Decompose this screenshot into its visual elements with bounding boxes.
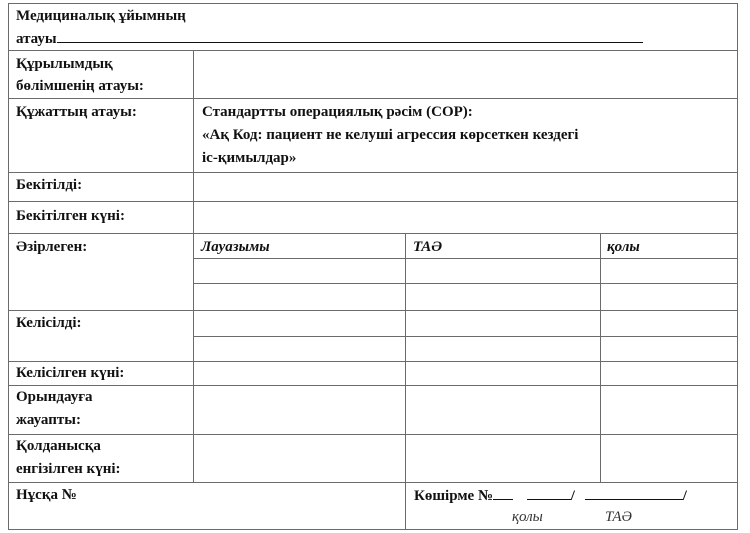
approved-date-field[interactable] (195, 203, 736, 232)
doc-name-line1: Стандартты операциялық рәсім (СОР): (202, 101, 473, 123)
org-name-label-2: атауы (16, 27, 643, 50)
subdivision-field[interactable] (195, 52, 736, 97)
row-divider (193, 258, 738, 259)
approved-field[interactable] (195, 174, 736, 200)
row-divider (8, 385, 738, 386)
effective-date-label-2: енгізілген күні: (16, 458, 121, 480)
copy-signature-caption: қолы (512, 506, 543, 528)
col-divider (405, 233, 406, 530)
row-divider (8, 233, 738, 234)
col-divider (600, 233, 601, 482)
responsible-label: Орындауға (16, 386, 93, 408)
col-signature-header: қолы (607, 236, 640, 258)
prepared-label: Әзірлеген: (16, 236, 87, 258)
col-position-header: Лауазымы (201, 236, 270, 258)
agreed-label: Келісілді: (16, 312, 82, 334)
org-name-field[interactable] (57, 27, 643, 43)
row-divider (8, 434, 738, 435)
agreed-date-label: Келісілген күні: (16, 362, 124, 384)
row-divider (8, 310, 738, 311)
approved-date-label: Бекітілген күні: (16, 205, 125, 227)
col-divider (193, 50, 194, 482)
copy-signature-field[interactable] (527, 484, 571, 500)
copy-number-line: Көшірме № / / (414, 484, 687, 507)
row-divider (8, 201, 738, 202)
subdivision-label-2: бөлімшенің атауы: (16, 75, 144, 97)
subdivision-label: Құрылымдық (16, 53, 113, 75)
row-divider (193, 336, 738, 337)
copy-name-field[interactable] (585, 484, 683, 500)
version-label: Нұсқа № (16, 484, 77, 506)
col-name-header: ТАӘ (413, 236, 442, 258)
doc-name-line2: «Ақ Код: пациент не келуші агрессия көрс… (202, 124, 578, 146)
row-divider (193, 283, 738, 284)
copy-name-caption: ТАӘ (605, 506, 632, 528)
org-name-label: Медициналық ұйымның (16, 5, 186, 27)
row-divider (8, 172, 738, 173)
responsible-label-2: жауапты: (16, 409, 81, 431)
approved-label: Бекітілді: (16, 174, 82, 196)
doc-name-label: Құжаттың атауы: (16, 101, 137, 123)
copy-number-field[interactable] (493, 484, 513, 500)
doc-name-line3: іс-қимылдар» (202, 147, 296, 169)
row-divider (8, 50, 738, 51)
row-divider (8, 482, 738, 483)
row-divider (8, 98, 738, 99)
effective-date-label: Қолданысқа (16, 435, 101, 457)
